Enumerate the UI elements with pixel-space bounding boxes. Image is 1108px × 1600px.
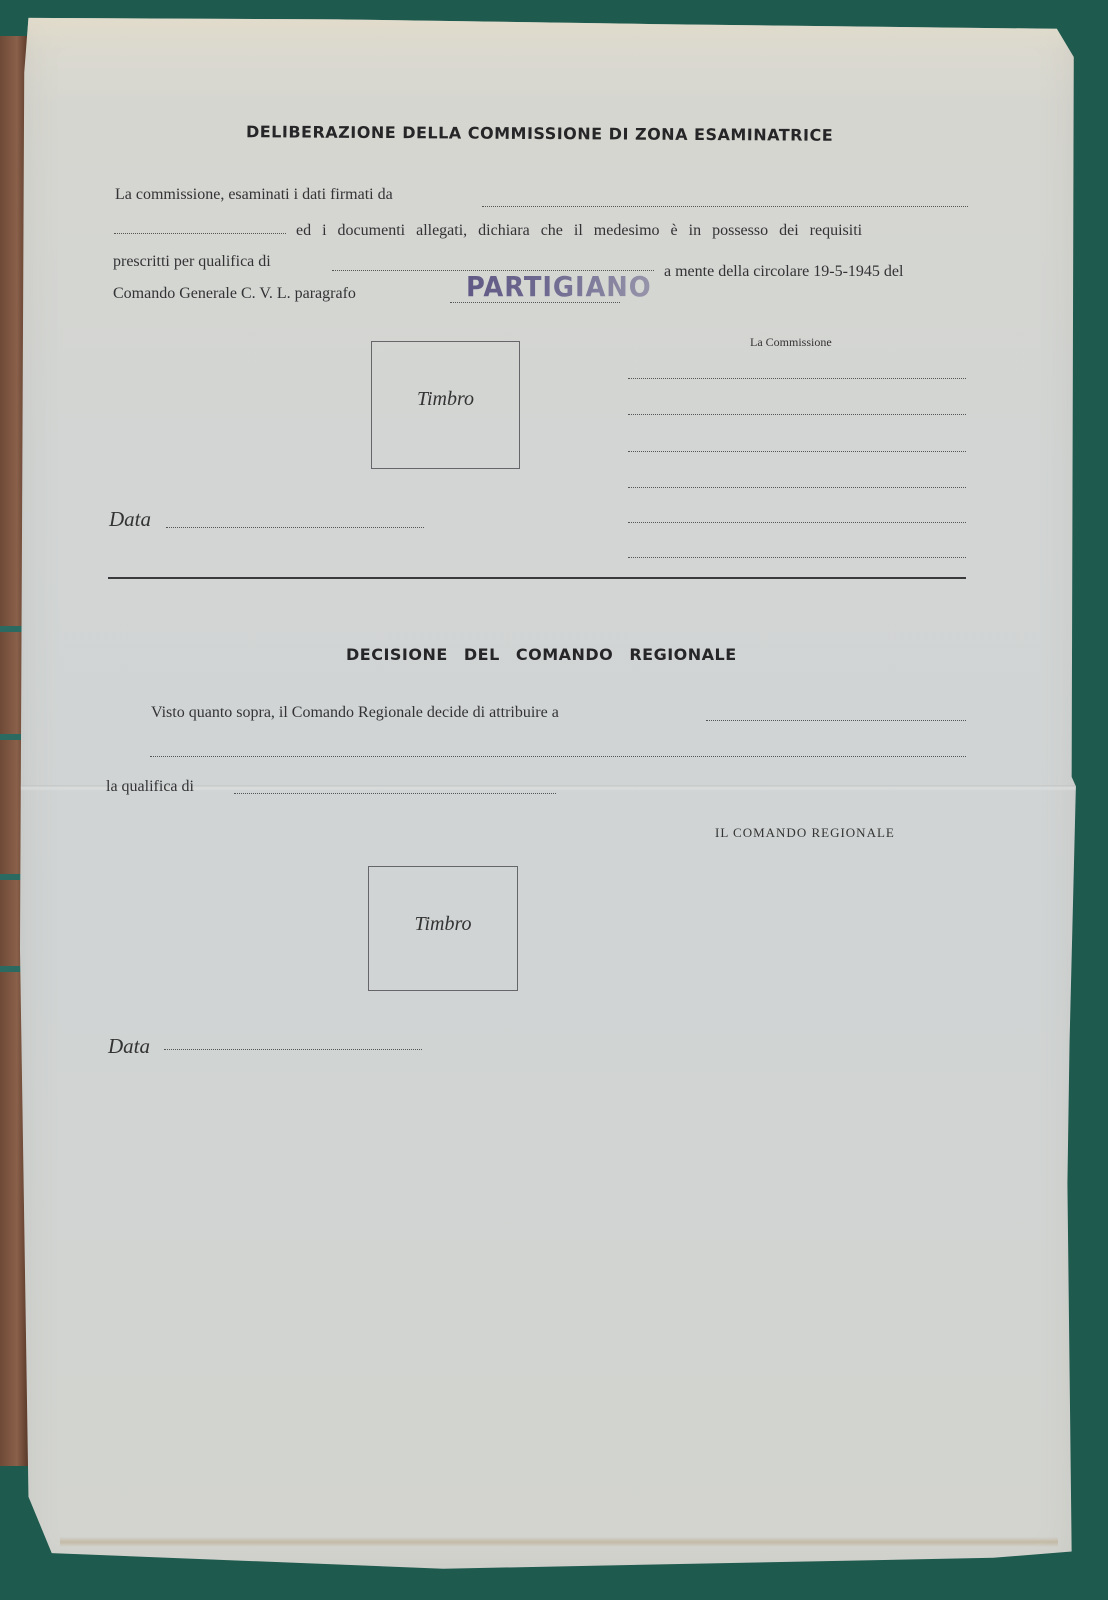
- section1-line4: Comando Generale C. V. L. paragrafo: [113, 285, 356, 303]
- commission-label: La Commissione: [750, 335, 832, 350]
- signed-by-field-cont[interactable]: [114, 233, 286, 234]
- section2-line2: la qualifica di: [106, 778, 194, 796]
- section1-title: DELIBERAZIONE DELLA COMMISSIONE DI ZONA …: [246, 122, 833, 145]
- recipient-field-cont[interactable]: [150, 756, 966, 757]
- section2-line1: Visto quanto sopra, il Comando Regionale…: [151, 704, 559, 722]
- stamp-box-label: Timbro: [372, 388, 519, 411]
- date-label-1: Data: [109, 507, 151, 532]
- section1-line3b: a mente della circolare 19-5-1945 del: [664, 263, 903, 281]
- signature-line-2[interactable]: [628, 414, 966, 415]
- stamp-box-2: Timbro: [368, 866, 518, 991]
- date-label-2: Data: [108, 1034, 150, 1059]
- date-field-2[interactable]: [164, 1049, 422, 1050]
- recipient-field[interactable]: [706, 720, 966, 721]
- date-field-1[interactable]: [166, 527, 424, 528]
- authority-label: IL COMANDO REGIONALE: [715, 825, 895, 841]
- form-content: DELIBERAZIONE DELLA COMMISSIONE DI ZONA …: [0, 0, 1108, 1600]
- section1-line2: ed i documenti allegati, dichiara che il…: [296, 222, 862, 240]
- signature-line-1[interactable]: [628, 378, 966, 379]
- section-divider: [108, 577, 966, 579]
- signed-by-field[interactable]: [482, 206, 968, 207]
- section1-line1: La commissione, esaminati i dati firmati…: [115, 186, 393, 204]
- stamp-box-label: Timbro: [369, 913, 517, 936]
- signature-line-5[interactable]: [628, 522, 966, 523]
- signature-line-3[interactable]: [628, 451, 966, 452]
- signature-line-4[interactable]: [628, 487, 966, 488]
- qualifica-field-2[interactable]: [234, 793, 556, 794]
- stamp-box-1: Timbro: [371, 341, 520, 469]
- signature-line-6[interactable]: [628, 557, 966, 558]
- section1-line3a: prescritti per qualifica di: [113, 253, 271, 271]
- partigiano-stamp: PARTIGIANO: [466, 270, 652, 303]
- section2-title: DECISIONE DEL COMANDO REGIONALE: [346, 645, 737, 664]
